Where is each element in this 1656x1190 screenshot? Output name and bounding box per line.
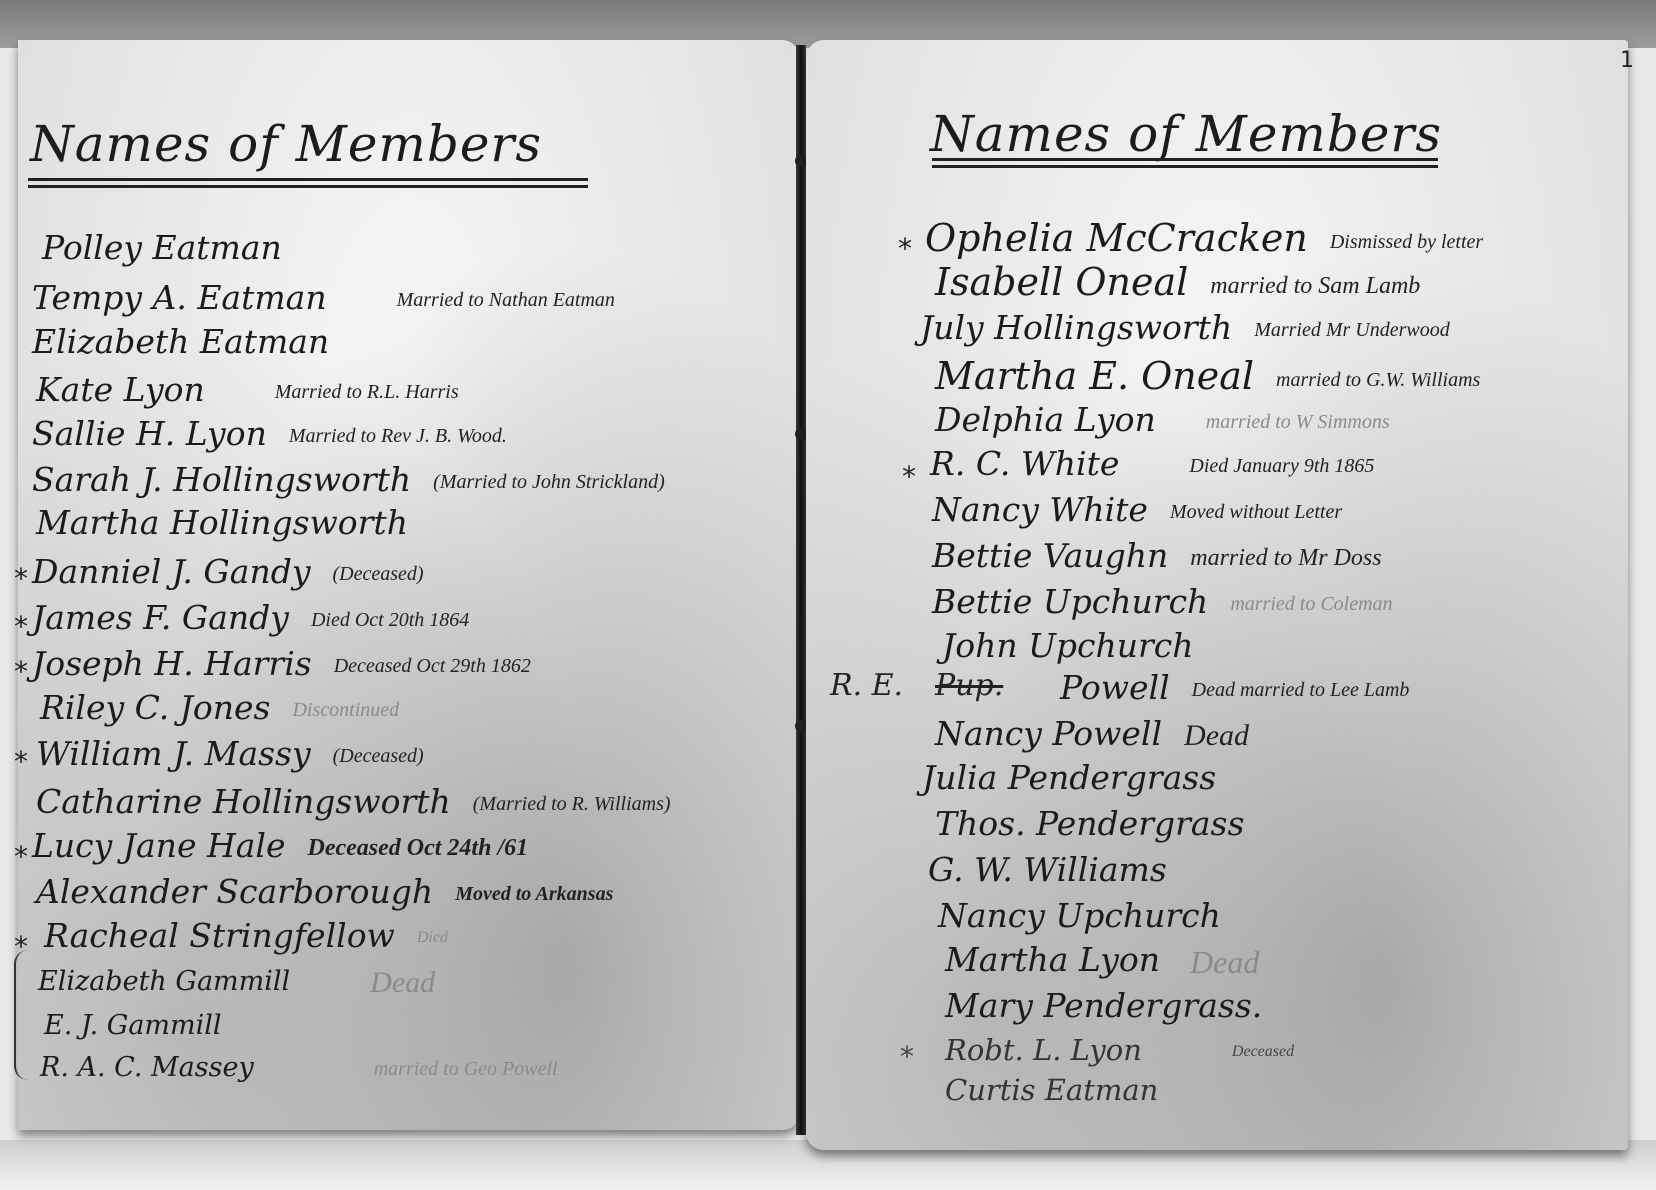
member-entry: Delphia Lyonmarried to W Simmons (935, 400, 1390, 442)
member-entry: Elizabeth Eatman (32, 322, 351, 364)
member-entry: Bettie Upchurchmarried to Coleman (932, 582, 1393, 624)
left-page-heading: Names of Members (30, 115, 542, 173)
member-entry: Nancy PowellDead (935, 714, 1249, 756)
member-entry: Martha LyonDead (945, 940, 1259, 982)
member-entry: Tempy A. EatmanMarried to Nathan Eatman (32, 278, 615, 320)
member-entry: Sarah J. Hollingsworth(Married to John S… (32, 460, 665, 502)
member-entry: Bettie Vaughnmarried to Mr Doss (932, 536, 1382, 578)
heading-underline (28, 178, 588, 188)
struck-out-text: Pup. (935, 668, 1003, 703)
family-bracket (14, 950, 32, 1080)
member-entry: PowellDead married to Lee Lamb (1060, 668, 1409, 710)
member-entry: Julia Pendergrass (922, 758, 1238, 800)
deceased-asterisk: * (14, 840, 28, 873)
member-entry: R. C. WhiteDied January 9th 1865 (930, 444, 1374, 486)
member-entry: Ophelia McCrackenDismissed by letter (925, 218, 1483, 262)
member-entry: R. A. C. Masseymarried to Geo Powell (40, 1048, 558, 1089)
member-entry: Joseph H. HarrisDeceased Oct 29th 1862 (32, 644, 531, 686)
right-page-heading: Names of Members (930, 105, 1442, 163)
member-entry: E. J. Gammill (44, 1006, 244, 1047)
member-entry: July HollingsworthMarried Mr Underwood (920, 308, 1450, 350)
member-entry: Alexander ScarboroughMoved to Arkansas (36, 872, 613, 914)
member-entry: Mary Pendergrass. (945, 986, 1284, 1028)
member-entry: Sallie H. LyonMarried to Rev J. B. Wood. (32, 414, 507, 456)
member-entry: Elizabeth GammillDead (38, 962, 435, 1003)
deceased-asterisk: * (14, 655, 28, 688)
heading-underline (932, 158, 1438, 168)
member-entry: Isabell Onealmarried to Sam Lamb (935, 262, 1420, 306)
book-spine (796, 45, 806, 1135)
member-entry: Kate LyonMarried to R.L. Harris (36, 370, 459, 412)
member-entry: Martha Hollingsworth (36, 503, 430, 545)
member-entry: Lucy Jane HaleDeceased Oct 24th /61 (32, 826, 528, 868)
member-entry: Nancy Upchurch (938, 896, 1243, 938)
member-entry: Thos. Pendergrass (935, 804, 1266, 846)
member-entry: G. W. Williams (928, 850, 1189, 892)
member-entry: Racheal StringfellowDied (44, 916, 448, 958)
member-entry: Catharine Hollingsworth(Married to R. Wi… (36, 782, 671, 824)
member-entry: Martha E. Onealmarried to G.W. Williams (935, 356, 1480, 400)
member-entry: John Upchurch (942, 626, 1216, 668)
entry-prefix-initials: R. E. (830, 668, 903, 703)
member-entry: William J. Massy(Deceased) (36, 734, 424, 776)
deceased-asterisk: * (14, 610, 28, 643)
deceased-asterisk: * (14, 562, 28, 595)
deceased-asterisk: * (902, 460, 916, 493)
member-entry: Nancy WhiteMoved without Letter (932, 490, 1342, 532)
member-entry: Danniel J. Gandy(Deceased) (32, 552, 424, 594)
member-entry: Polley Eatman (42, 228, 304, 270)
deceased-asterisk: * (14, 745, 28, 778)
deceased-asterisk: * (900, 1040, 914, 1073)
member-entry: Robt. L. LyonDeceased (945, 1030, 1294, 1072)
deceased-asterisk: * (898, 232, 912, 265)
member-entry: James F. GandyDied Oct 20th 1864 (32, 598, 469, 640)
member-entry: Curtis Eatman (945, 1070, 1180, 1112)
member-entry: Riley C. JonesDiscontinued (40, 688, 399, 730)
page-number: 1 (1620, 48, 1634, 73)
